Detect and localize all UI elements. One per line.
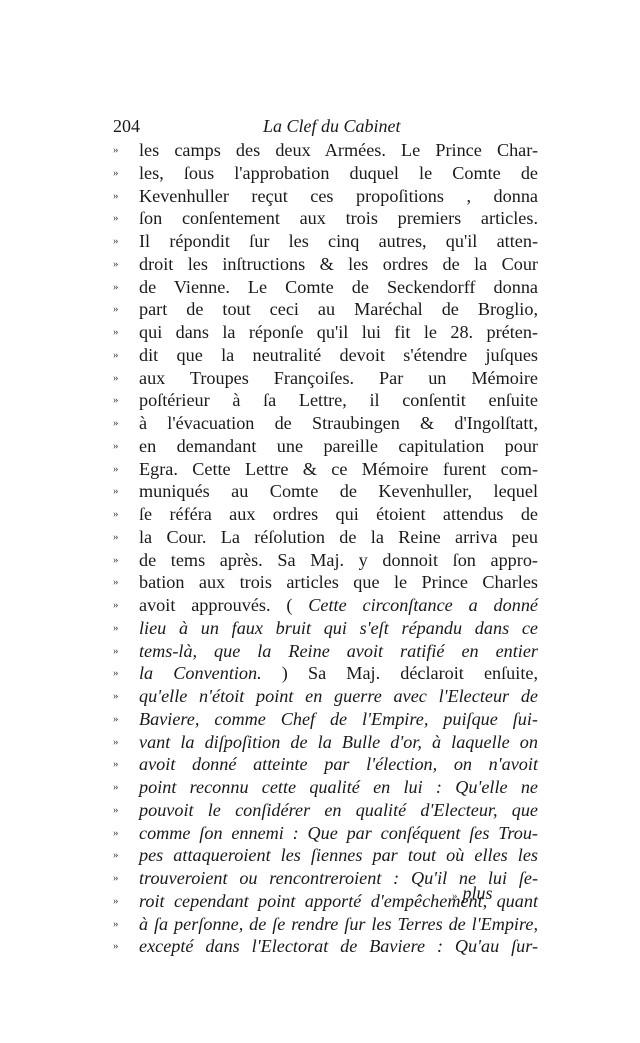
- text-line: »vant la diſpoſition de la Bulle d'or, à…: [113, 731, 538, 754]
- text-line: »de tems après. Sa Maj. y donnoit ſon ap…: [113, 549, 538, 572]
- text-line: »de Vienne. Le Comte de Seckendorff donn…: [113, 276, 538, 299]
- quote-mark: »: [113, 458, 135, 481]
- text-line: »qui dans la réponſe qu'il lui fit le 28…: [113, 321, 538, 344]
- quote-mark: »: [113, 389, 135, 412]
- line-text: Il répondit ſur les cinq autres, qu'il a…: [139, 230, 538, 253]
- text-line: »qu'elle n'étoit point en guerre avec l'…: [113, 685, 538, 708]
- catchword-line: »plus: [452, 883, 493, 904]
- quote-mark: »: [113, 799, 135, 822]
- quote-mark: »: [113, 367, 135, 390]
- quote-mark: »: [113, 321, 135, 344]
- line-text: part de tout ceci au Maréchal de Broglio…: [139, 298, 538, 321]
- line-text: tems-là, que la Reine avoit ratifié en e…: [139, 640, 538, 663]
- quote-mark: »: [113, 526, 135, 549]
- quote-mark: »: [113, 298, 135, 321]
- running-title: La Clef du Cabinet: [263, 116, 401, 137]
- text-line: »ſon conſentement aux trois premiers art…: [113, 207, 538, 230]
- quote-mark: »: [113, 617, 135, 640]
- line-text: aux Troupes Françoiſes. Par un Mémoire: [139, 367, 538, 390]
- text-line: »bation aux trois articles que le Prince…: [113, 571, 538, 594]
- roman-text: avoit approuvés. (: [139, 595, 308, 615]
- running-header: 204 La Clef du Cabinet: [113, 116, 533, 138]
- text-line: »part de tout ceci au Maréchal de Brogli…: [113, 298, 538, 321]
- text-line: »les camps des deux Armées. Le Prince Ch…: [113, 139, 538, 162]
- line-text: qui dans la réponſe qu'il lui fit le 28.…: [139, 321, 538, 344]
- quote-mark: »: [113, 549, 135, 572]
- quote-mark: »: [113, 480, 135, 503]
- quote-mark: »: [113, 708, 135, 731]
- text-line: »ſe référa aux ordres qui étoient attend…: [113, 503, 538, 526]
- line-text: bation aux trois articles que le Prince …: [139, 571, 538, 594]
- text-line: »avoit approuvés. ( Cette circonſtance a…: [113, 594, 538, 617]
- text-line: »lieu à un faux bruit qui s'eſt répandu …: [113, 617, 538, 640]
- quote-mark: »: [113, 276, 135, 299]
- text-line: »avoit donné atteinte par l'élection, on…: [113, 753, 538, 776]
- quote-mark: »: [113, 503, 135, 526]
- line-text: avoit donné atteinte par l'élection, on …: [139, 753, 538, 776]
- italic-text: Cette circonſtance a donné: [308, 595, 538, 615]
- line-text: Baviere, comme Chef de l'Empire, puiſque…: [139, 708, 538, 731]
- quote-mark: »: [113, 594, 135, 617]
- quote-mark: »: [113, 685, 135, 708]
- line-text: excepté dans l'Electorat de Baviere : Qu…: [139, 935, 538, 958]
- quote-mark: »: [113, 890, 135, 913]
- quote-mark: »: [113, 822, 135, 845]
- line-text: vant la diſpoſition de la Bulle d'or, à …: [139, 731, 538, 754]
- quote-mark: »: [113, 185, 135, 208]
- quote-mark: »: [113, 139, 135, 162]
- line-text: dit que la neutralité devoit s'étendre j…: [139, 344, 538, 367]
- quote-mark: »: [113, 162, 135, 185]
- italic-text: la Convention.: [139, 663, 262, 683]
- line-text: lieu à un faux bruit qui s'eſt répandu d…: [139, 617, 538, 640]
- quote-mark: »: [113, 776, 135, 799]
- quote-mark: »: [113, 230, 135, 253]
- line-text: point reconnu cette qualité en lui : Qu'…: [139, 776, 538, 799]
- line-text: les, ſous l'approbation duquel le Comte …: [139, 162, 538, 185]
- text-line: »en demandant une pareille capitulation …: [113, 435, 538, 458]
- quote-mark: »: [113, 344, 135, 367]
- quote-mark: »: [113, 253, 135, 276]
- catchword: plus: [463, 883, 493, 903]
- text-line: »les, ſous l'approbation duquel le Comte…: [113, 162, 538, 185]
- line-text: muniqués au Comte de Kevenhuller, lequel: [139, 480, 538, 503]
- text-line: »muniqués au Comte de Kevenhuller, leque…: [113, 480, 538, 503]
- line-text: la Cour. La réſolution de la Reine arriv…: [139, 526, 538, 549]
- line-text: droit les inſtructions & les ordres de l…: [139, 253, 538, 276]
- book-page: 204 La Clef du Cabinet »les camps des de…: [0, 0, 640, 1043]
- roman-text: ) Sa Maj. déclaroit enſuite,: [262, 663, 538, 683]
- text-line: »comme ſon ennemi : Que par conſéquent ſ…: [113, 822, 538, 845]
- line-text: pes attaqueroient les ſiennes par tout o…: [139, 844, 538, 867]
- line-text: ſe référa aux ordres qui étoient attendu…: [139, 503, 538, 526]
- text-line: »point reconnu cette qualité en lui : Qu…: [113, 776, 538, 799]
- text-line: »pes attaqueroient les ſiennes par tout …: [113, 844, 538, 867]
- text-line: »excepté dans l'Electorat de Baviere : Q…: [113, 935, 538, 958]
- text-line: »Kevenhuller reçut ces propoſitions , do…: [113, 185, 538, 208]
- line-text: comme ſon ennemi : Que par conſéquent ſe…: [139, 822, 538, 845]
- quote-mark: »: [452, 890, 457, 902]
- page-number: 204: [113, 116, 140, 137]
- line-text: poſtérieur à ſa Lettre, il conſentit enſ…: [139, 389, 538, 412]
- quote-mark: »: [113, 731, 135, 754]
- quote-mark: »: [113, 662, 135, 685]
- line-text: Egra. Cette Lettre & ce Mémoire furent c…: [139, 458, 538, 481]
- line-text: à ſa perſonne, de ſe rendre ſur les Terr…: [139, 913, 538, 936]
- quote-mark: »: [113, 207, 135, 230]
- text-line: »poſtérieur à ſa Lettre, il conſentit en…: [113, 389, 538, 412]
- text-line: »droit les inſtructions & les ordres de …: [113, 253, 538, 276]
- quote-mark: »: [113, 844, 135, 867]
- text-line: »dit que la neutralité devoit s'étendre …: [113, 344, 538, 367]
- quote-mark: »: [113, 571, 135, 594]
- text-line: »la Convention. ) Sa Maj. déclaroit enſu…: [113, 662, 538, 685]
- quote-mark: »: [113, 935, 135, 958]
- quote-mark: »: [113, 753, 135, 776]
- line-text: de Vienne. Le Comte de Seckendorff donna: [139, 276, 538, 299]
- line-text: qu'elle n'étoit point en guerre avec l'E…: [139, 685, 538, 708]
- text-line: »pouvoit le conſidérer en qualité d'Elec…: [113, 799, 538, 822]
- quote-mark: »: [113, 867, 135, 890]
- text-line: »Baviere, comme Chef de l'Empire, puiſqu…: [113, 708, 538, 731]
- line-text: à l'évacuation de Straubingen & d'Ingolſ…: [139, 412, 538, 435]
- body-text: »les camps des deux Armées. Le Prince Ch…: [113, 139, 538, 958]
- text-line: »à ſa perſonne, de ſe rendre ſur les Ter…: [113, 913, 538, 936]
- quote-mark: »: [113, 435, 135, 458]
- line-text: la Convention. ) Sa Maj. déclaroit enſui…: [139, 662, 538, 685]
- text-line: »aux Troupes Françoiſes. Par un Mémoire: [113, 367, 538, 390]
- line-text: avoit approuvés. ( Cette circonſtance a …: [139, 594, 538, 617]
- text-line: »tems-là, que la Reine avoit ratifié en …: [113, 640, 538, 663]
- line-text: pouvoit le conſidérer en qualité d'Elect…: [139, 799, 538, 822]
- quote-mark: »: [113, 913, 135, 936]
- text-line: »à l'évacuation de Straubingen & d'Ingol…: [113, 412, 538, 435]
- quote-mark: »: [113, 412, 135, 435]
- quote-mark: »: [113, 640, 135, 663]
- line-text: ſon conſentement aux trois premiers arti…: [139, 207, 538, 230]
- line-text: les camps des deux Armées. Le Prince Cha…: [139, 139, 538, 162]
- line-text: de tems après. Sa Maj. y donnoit ſon app…: [139, 549, 538, 572]
- text-line: »Egra. Cette Lettre & ce Mémoire furent …: [113, 458, 538, 481]
- line-text: Kevenhuller reçut ces propoſitions , don…: [139, 185, 538, 208]
- text-line: »Il répondit ſur les cinq autres, qu'il …: [113, 230, 538, 253]
- text-line: »la Cour. La réſolution de la Reine arri…: [113, 526, 538, 549]
- line-text: en demandant une pareille capitulation p…: [139, 435, 538, 458]
